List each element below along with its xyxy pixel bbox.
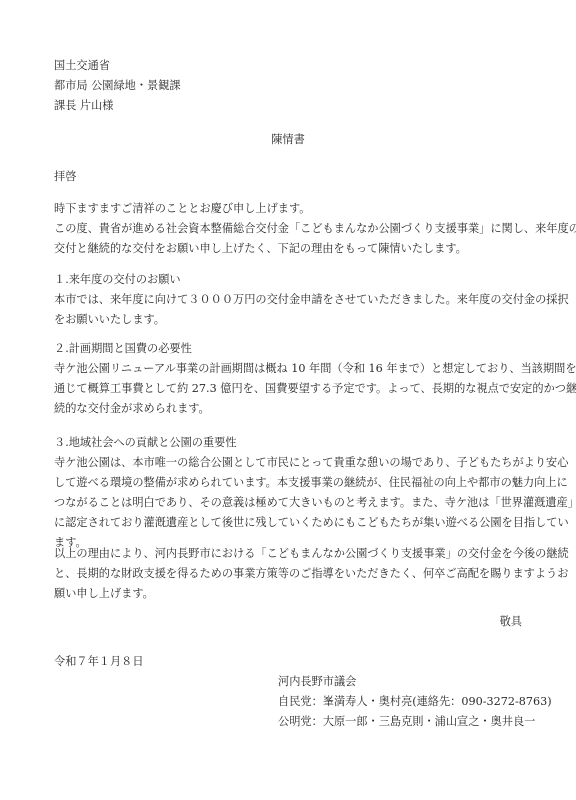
sender-komeito-members: 公明党：大原一郎・三島克則・浦山宣之・奥井良一	[278, 712, 552, 732]
section-line: 寺ケ池公園リニューアル事業の計画期間は概ね 10 年間（令和 16 年まで）と想…	[54, 359, 524, 379]
sign-off: 敬具	[500, 612, 522, 632]
section-line: 続的な交付金が求められます。	[54, 399, 524, 419]
section-line: 通じて概算工事費として約 27.3 億円を、国費要望する予定です。よって、長期的…	[54, 379, 524, 399]
recipient-department: 都市局 公園緑地・景観課	[54, 76, 181, 96]
closing-paragraph: 以上の理由により、河内長野市における「こどもまんなか公園づくり支援事業」の交付金…	[54, 544, 524, 604]
intro-line: 時下ますますご清祥のこととお慶び申し上げます。	[54, 199, 524, 219]
document-title: 陳情書	[0, 130, 576, 150]
section-2: ２.計画期間と国費の必要性 寺ケ池公園リニューアル事業の計画期間は概ね 10 年…	[54, 339, 524, 419]
sender-block: 河内長野市議会 自民党：峯満寿人・奥村亮(連絡先：090-3272-8763) …	[278, 672, 552, 732]
section-line: に認定されており灌漑遺産として後世に残していくためにもこどもたちが集い遊べる公園…	[54, 513, 524, 533]
section-line: 本市では、来年度に向けて３０００万円の交付金申請をさせていただきました。来年度の…	[54, 290, 524, 310]
recipient-ministry: 国土交通省	[54, 56, 181, 76]
opening-greeting: 拝啓	[54, 167, 76, 187]
section-line: をお願いいたします。	[54, 310, 524, 330]
intro-paragraph: 時下ますますご清祥のこととお慶び申し上げます。 この度、貴省が進める社会資本整備…	[54, 199, 524, 259]
section-line: つながることは明白であり、その意義は極めて大きいものと考えます。また、寺ケ池は「…	[54, 493, 524, 513]
document-date: 令和７年１月８日	[54, 652, 144, 672]
section-line: して遊べる環境の整備が求められています。本支援事業の継続が、住民福祉の向上や都市…	[54, 473, 524, 493]
section-3: ３.地域社会への貢献と公園の重要性 寺ケ池公園は、本市唯一の総合公園として市民に…	[54, 433, 524, 553]
sender-organization: 河内長野市議会	[278, 672, 552, 692]
recipient-block: 国土交通省 都市局 公園緑地・景観課 課長 片山様	[54, 56, 181, 116]
sender-ldp-members: 自民党：峯満寿人・奥村亮(連絡先：090-3272-8763)	[278, 692, 552, 712]
intro-line: この度、貴省が進める社会資本整備総合交付金「こどもまんなか公園づくり支援事業」に…	[54, 219, 524, 239]
intro-line: 交付と継続的な交付をお願い申し上げたく、下記の理由をもって陳情いたします。	[54, 239, 524, 259]
section-1: １.来年度の交付のお願い 本市では、来年度に向けて３０００万円の交付金申請をさせ…	[54, 270, 524, 330]
closing-line: 以上の理由により、河内長野市における「こどもまんなか公園づくり支援事業」の交付金…	[54, 544, 524, 564]
section-heading: １.来年度の交付のお願い	[54, 270, 524, 290]
section-line: 寺ケ池公園は、本市唯一の総合公園として市民にとって貴重な憩いの場であり、子どもた…	[54, 453, 524, 473]
closing-line: 願い申し上げます。	[54, 584, 524, 604]
recipient-name: 課長 片山様	[54, 96, 181, 116]
section-heading: ３.地域社会への貢献と公園の重要性	[54, 433, 524, 453]
closing-line: と、長期的な財政支援を得るための事業方策等のご指導をいただきたく、何卒ご高配を賜…	[54, 564, 524, 584]
section-heading: ２.計画期間と国費の必要性	[54, 339, 524, 359]
